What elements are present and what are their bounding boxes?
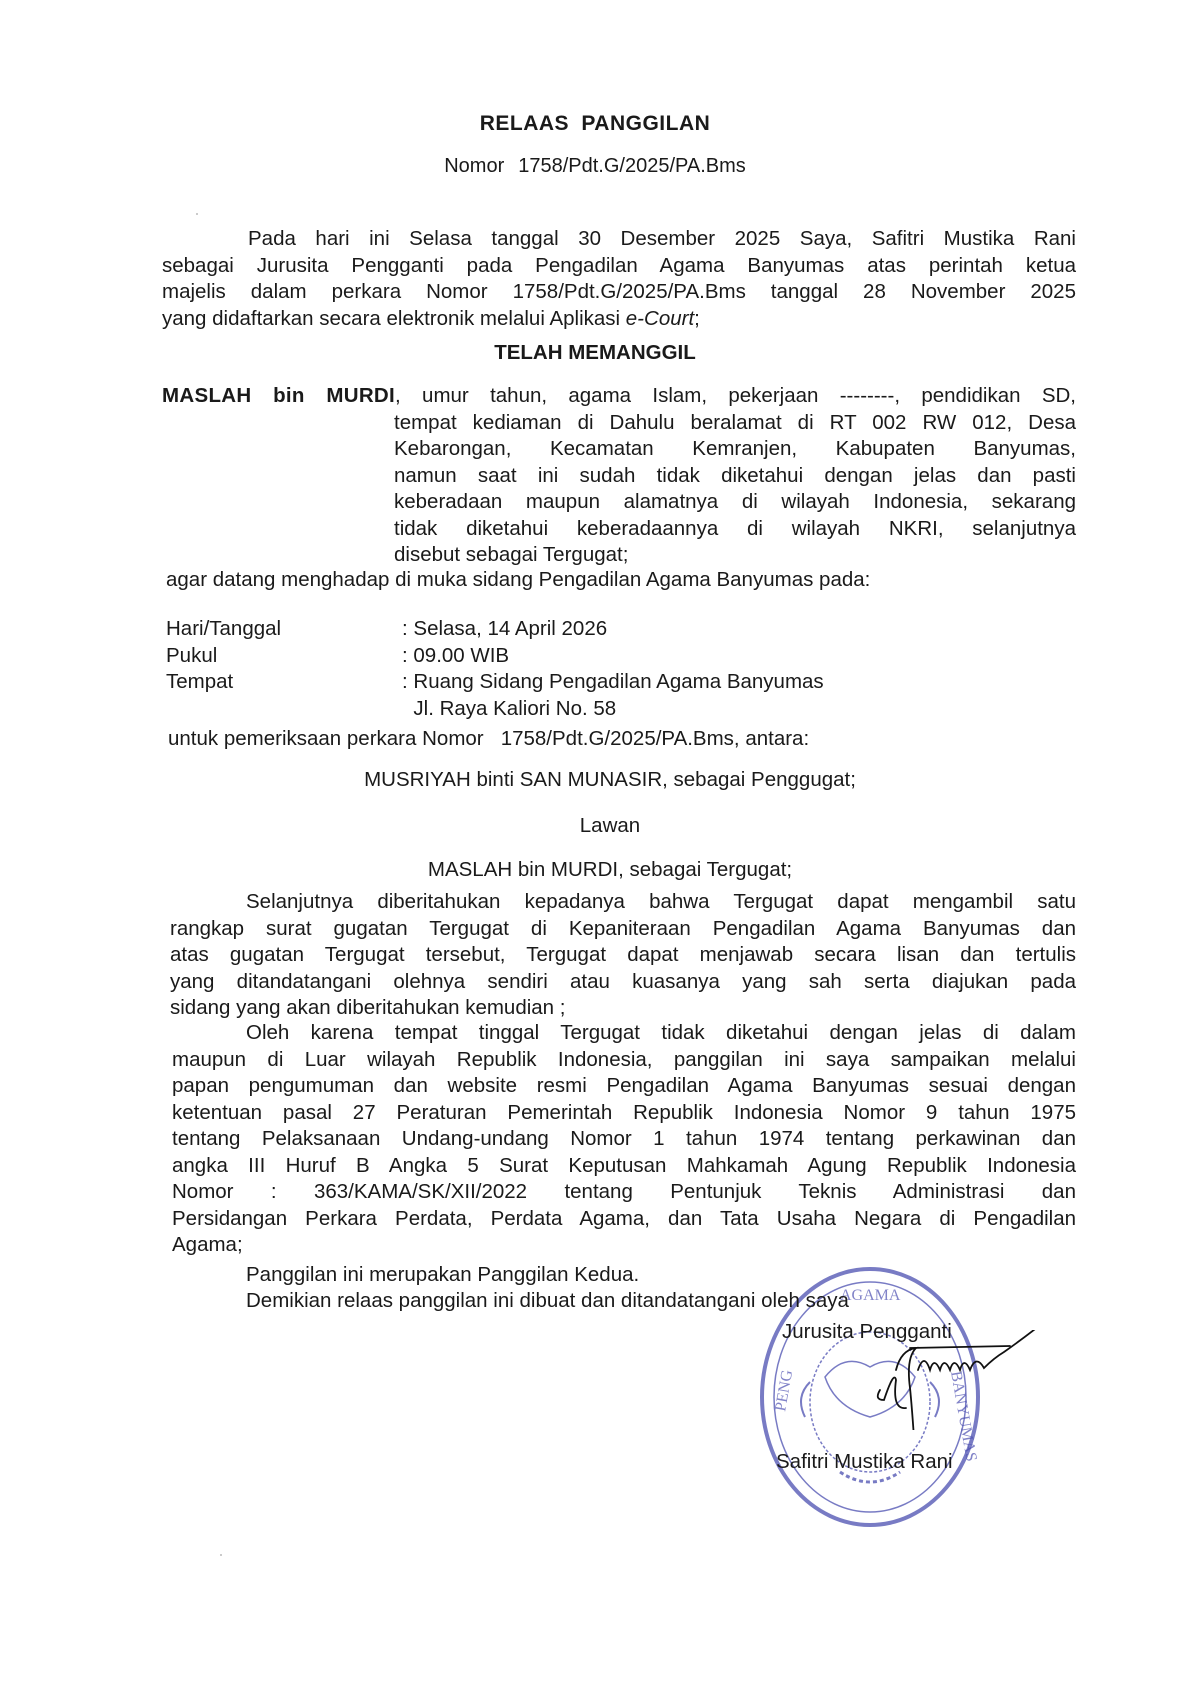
closing-line-1: Panggilan ini merupakan Panggilan Kedua. bbox=[246, 1263, 639, 1287]
plaintiff-line: MUSRIYAH binti SAN MUNASIR, sebagai Peng… bbox=[0, 768, 1190, 792]
basis-line-last: Agama; bbox=[172, 1232, 1076, 1259]
notice-line: Selanjutnya diberitahukan kepadanya bahw… bbox=[170, 889, 1076, 916]
signatory-name: Safitri Mustika Rani bbox=[776, 1450, 953, 1474]
schedule-label: Hari/Tanggal bbox=[166, 616, 402, 643]
closing-line-2: Demikian relaas panggilan ini dibuat dan… bbox=[246, 1289, 849, 1313]
opening-last-text: yang didaftarkan secara elektronik melal… bbox=[162, 307, 626, 330]
document-number: Nomor1758/Pdt.G/2025/PA.Bms bbox=[0, 155, 1190, 178]
opening-line: majelis dalam perkara Nomor 1758/Pdt.G/2… bbox=[162, 279, 1076, 306]
basis-line: ketentuan pasal 27 Peraturan Pemerintah … bbox=[172, 1100, 1076, 1127]
defendant-detail-line: tempat kediaman di Dahulu beralamat di R… bbox=[394, 410, 1076, 437]
case-intro: untuk pemeriksaan perkara Nomor 1758/Pdt… bbox=[168, 727, 809, 751]
hearing-schedule: Hari/Tanggal : Selasa, 14 April 2026 Puk… bbox=[166, 616, 824, 722]
defendant-line: MASLAH bin MURDI, sebagai Tergugat; bbox=[0, 858, 1190, 882]
defendant-attributes: , umur tahun, agama Islam, pekerjaan ---… bbox=[395, 384, 1076, 407]
basis-line: Nomor : 363/KAMA/SK/XII/2022 tentang Pen… bbox=[172, 1179, 1076, 1206]
defendant-identity: MASLAH bin MURDI, umur tahun, agama Isla… bbox=[162, 383, 1076, 569]
scan-speck bbox=[220, 1554, 222, 1556]
schedule-value: : 09.00 WIB bbox=[402, 643, 509, 670]
defendant-detail-line: tidak diketahui keberadaannya di wilayah… bbox=[394, 516, 1076, 543]
notice-line-last: sidang yang akan diberitahukan kemudian … bbox=[170, 995, 1076, 1022]
ecourt-term: e-Court bbox=[626, 307, 694, 330]
schedule-value: : Ruang Sidang Pengadilan Agama Banyumas bbox=[402, 669, 824, 696]
schedule-label bbox=[166, 696, 402, 723]
schedule-row-time: Pukul : 09.00 WIB bbox=[166, 643, 824, 670]
opening-line: sebagai Jurusita Pengganti pada Pengadil… bbox=[162, 253, 1076, 280]
schedule-row-place: Tempat : Ruang Sidang Pengadilan Agama B… bbox=[166, 669, 824, 696]
schedule-value: : Selasa, 14 April 2026 bbox=[402, 616, 607, 643]
document-number-label: Nomor bbox=[444, 155, 504, 177]
defendant-detail-line: namun saat ini sudah tidak diketahui den… bbox=[394, 463, 1076, 490]
basis-line: Persidangan Perkara Perdata, Perdata Aga… bbox=[172, 1206, 1076, 1233]
schedule-row-address: Jl. Raya Kaliori No. 58 bbox=[166, 696, 824, 723]
opening-paragraph: Pada hari ini Selasa tanggal 30 Desember… bbox=[162, 226, 1076, 332]
stamp-text-top: AGAMA bbox=[840, 1287, 901, 1304]
document-title: RELAAS PANGGILAN bbox=[0, 112, 1190, 136]
summons-intro: agar datang menghadap di muka sidang Pen… bbox=[166, 568, 870, 592]
scan-speck bbox=[196, 213, 198, 215]
basis-line: papan pengumuman dan website resmi Penga… bbox=[172, 1073, 1076, 1100]
opening-last-suffix: ; bbox=[694, 307, 700, 330]
basis-line: angka III Huruf B Angka 5 Surat Keputusa… bbox=[172, 1153, 1076, 1180]
handwritten-signature-icon bbox=[840, 1330, 1070, 1430]
schedule-value: Jl. Raya Kaliori No. 58 bbox=[402, 696, 616, 723]
called-heading: TELAH MEMANGGIL bbox=[0, 341, 1190, 365]
defendant-detail-line: Kebarongan, Kecamatan Kemranjen, Kabupat… bbox=[394, 436, 1076, 463]
schedule-label: Pukul bbox=[166, 643, 402, 670]
opening-line: Pada hari ini Selasa tanggal 30 Desember… bbox=[162, 226, 1076, 253]
opening-line-last: yang didaftarkan secara elektronik melal… bbox=[162, 306, 1076, 333]
notice-paragraph: Selanjutnya diberitahukan kepadanya bahw… bbox=[170, 889, 1076, 1022]
basis-line: Oleh karena tempat tinggal Tergugat tida… bbox=[172, 1020, 1076, 1047]
notice-line: atas gugatan Tergugat tersebut, Tergugat… bbox=[170, 942, 1076, 969]
notice-line: rangkap surat gugatan Tergugat di Kepani… bbox=[170, 916, 1076, 943]
schedule-label: Tempat bbox=[166, 669, 402, 696]
document-page: RELAAS PANGGILAN Nomor1758/Pdt.G/2025/PA… bbox=[0, 0, 1190, 1684]
defendant-first-line: MASLAH bin MURDI, umur tahun, agama Isla… bbox=[162, 383, 1076, 410]
legal-basis-paragraph: Oleh karena tempat tinggal Tergugat tida… bbox=[172, 1020, 1076, 1259]
defendant-details: tempat kediaman di Dahulu beralamat di R… bbox=[394, 410, 1076, 569]
basis-line: maupun di Luar wilayah Republik Indonesi… bbox=[172, 1047, 1076, 1074]
schedule-row-date: Hari/Tanggal : Selasa, 14 April 2026 bbox=[166, 616, 824, 643]
defendant-detail-last: disebut sebagai Tergugat; bbox=[394, 542, 1076, 569]
defendant-name: MASLAH bin MURDI bbox=[162, 384, 395, 407]
basis-line: tentang Pelaksanaan Undang-undang Nomor … bbox=[172, 1126, 1076, 1153]
defendant-detail-line: keberadaan maupun alamatnya di wilayah I… bbox=[394, 489, 1076, 516]
notice-line: yang ditandatangani olehnya sendiri atau… bbox=[170, 969, 1076, 996]
versus-label: Lawan bbox=[0, 814, 1190, 838]
document-number-value: 1758/Pdt.G/2025/PA.Bms bbox=[518, 155, 746, 177]
